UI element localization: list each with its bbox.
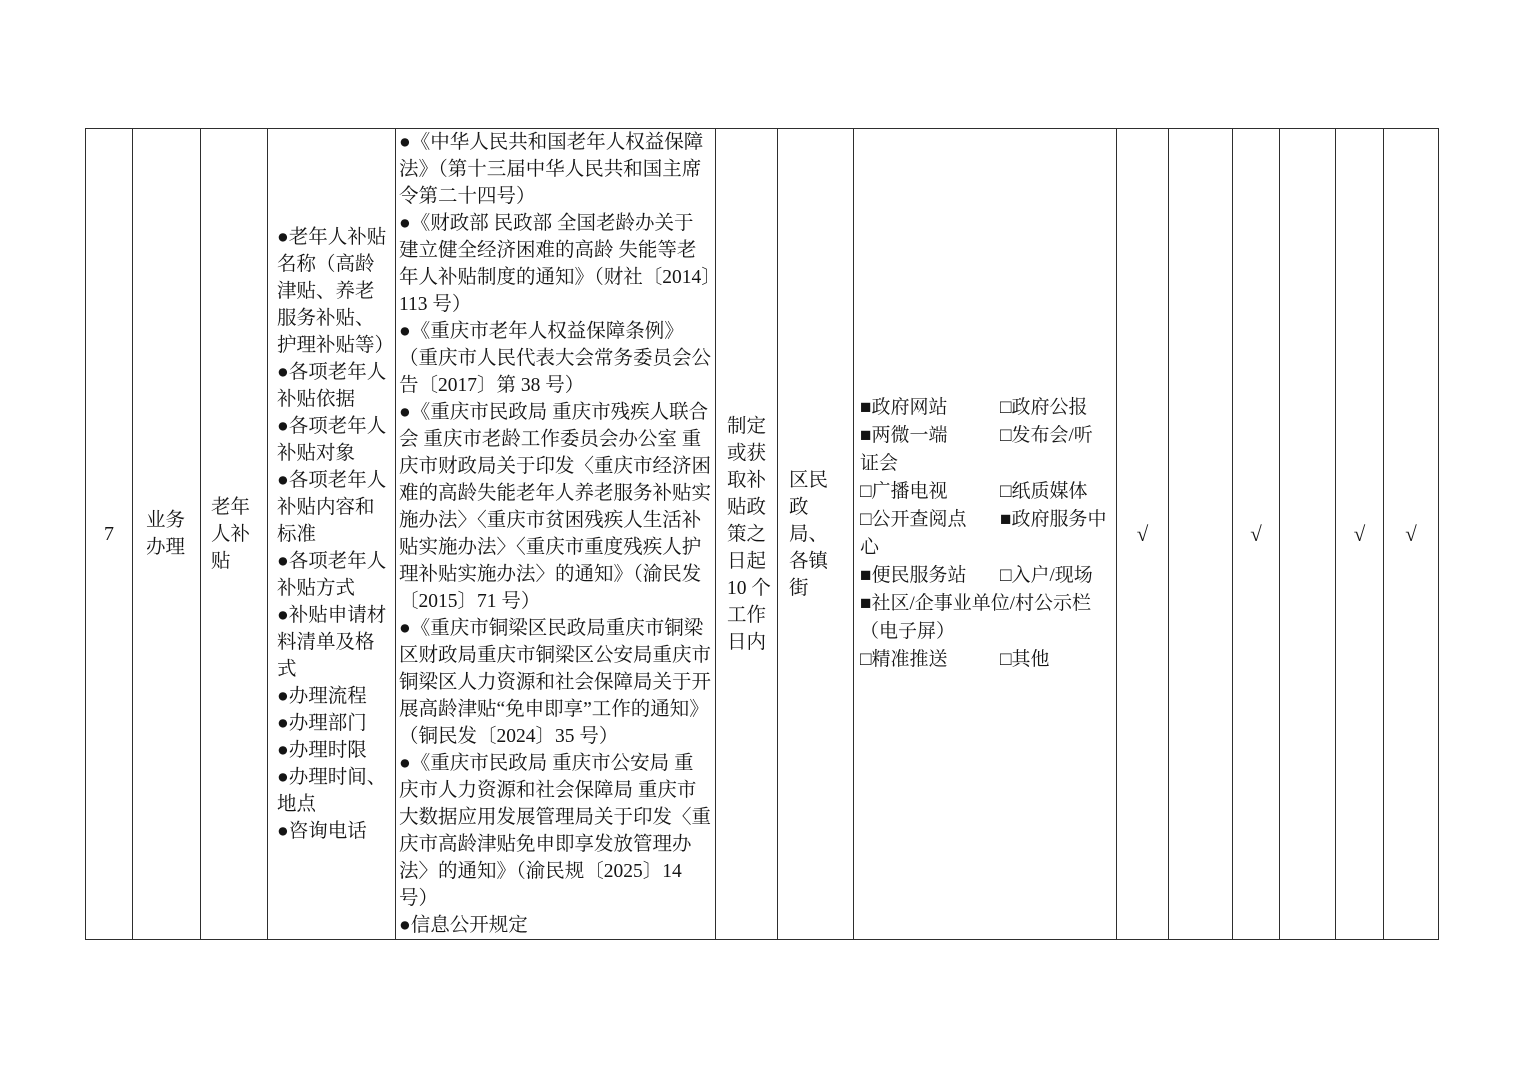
table-row: 7 业务办理 老年人补贴 ●老年人补贴名称（高龄津贴、养老服务补贴、护理补贴等）…: [86, 129, 1439, 940]
channel-precise-push: □精准推送: [860, 646, 1000, 674]
channel-line: ■两微一端□发布会/听证会: [860, 422, 1111, 478]
cell-legal-basis: ●《中华人民共和国老年人权益保障法》（第十三届中华人民共和国主席令第二十四号） …: [396, 129, 716, 940]
channel-line: ■政府网站□政府公报: [860, 394, 1111, 422]
disclosure-table: 7 业务办理 老年人补贴 ●老年人补贴名称（高龄津贴、养老服务补贴、护理补贴等）…: [85, 128, 1439, 940]
content-bullet-item: ●办理流程: [277, 683, 390, 710]
content-bullet-item: ●补贴申请材料清单及格式: [277, 602, 390, 683]
checkbox-checked-icon: ■: [860, 565, 871, 586]
legal-basis-item: ●《财政部 民政部 全国老龄办关于建立健全经济困难的高龄 失能等老年人补贴制度的…: [399, 210, 711, 318]
channel-convenience-service-station: ■便民服务站: [860, 562, 1000, 590]
checkbox-unchecked-icon: □: [1000, 397, 1011, 418]
content-bullet-item: ●办理部门: [277, 710, 390, 737]
legal-basis-item: ●《重庆市民政局 重庆市残疾人联合会 重庆市老龄工作委员会办公室 重庆市财政局关…: [399, 399, 711, 615]
channel-label: 社区/企事业单位/村公示栏（电子屏）: [860, 593, 1091, 642]
checkbox-unchecked-icon: □: [860, 481, 871, 502]
cell-responsible-unit: 区民政局、各镇街: [778, 129, 854, 940]
cell-mark-6: √: [1384, 129, 1439, 940]
cell-disclosure-content: ●老年人补贴名称（高龄津贴、养老服务补贴、护理补贴等） ●各项老年人补贴依据 ●…: [268, 129, 396, 940]
checkbox-unchecked-icon: □: [1000, 565, 1011, 586]
channel-other: □其他: [1000, 649, 1050, 670]
cell-time-limit: 制定或获取补贴政策之日起10 个工作日内: [716, 129, 778, 940]
channel-label: 其他: [1011, 649, 1049, 670]
checkbox-unchecked-icon: □: [1000, 481, 1011, 502]
legal-basis-item: ●《中华人民共和国老年人权益保障法》（第十三届中华人民共和国主席令第二十四号）: [399, 129, 711, 210]
content-bullet-item: ●咨询电话: [277, 818, 390, 845]
legal-basis-item: ●《重庆市民政局 重庆市公安局 重庆市人力资源和社会保障局 重庆市大数据应用发展…: [399, 750, 711, 912]
channel-govt-gazette: □政府公报: [1000, 397, 1088, 418]
channel-label: 精准推送: [871, 649, 947, 670]
channel-label: 纸质媒体: [1011, 481, 1087, 502]
checkbox-unchecked-icon: □: [1000, 649, 1011, 670]
channel-label: 便民服务站: [871, 565, 966, 586]
cell-mark-2: [1169, 129, 1233, 940]
checkbox-checked-icon: ■: [860, 593, 871, 614]
content-bullet-item: ●老年人补贴名称（高龄津贴、养老服务补贴、护理补贴等）: [277, 224, 390, 359]
legal-basis-item: ●《重庆市铜梁区民政局重庆市铜梁区财政局重庆市铜梁区公安局重庆市铜梁区人力资源和…: [399, 615, 711, 750]
checkbox-checked-icon: ■: [860, 425, 871, 446]
channel-label: 政府公报: [1011, 397, 1087, 418]
legal-basis-item: ●信息公开规定: [399, 912, 711, 939]
content-bullet-item: ●各项老年人补贴内容和标准: [277, 467, 390, 548]
channel-label: 入户/现场: [1011, 565, 1092, 586]
checkbox-checked-icon: ■: [860, 397, 871, 418]
channel-weibo-wechat-app: ■两微一端: [860, 422, 1000, 450]
content-bullet-item: ●办理时限: [277, 737, 390, 764]
channel-community-bulletin-board: ■社区/企事业单位/村公示栏（电子屏）: [860, 593, 1091, 642]
channel-line: ■社区/企事业单位/村公示栏（电子屏）: [860, 590, 1111, 646]
document-page: 7 业务办理 老年人补贴 ●老年人补贴名称（高龄津贴、养老服务补贴、护理补贴等）…: [0, 0, 1520, 1074]
channel-line: □公开查阅点■政府服务中心: [860, 506, 1111, 562]
content-bullet-item: ●办理时间、地点: [277, 764, 390, 818]
channel-label: 政府网站: [871, 397, 947, 418]
checkbox-checked-icon: ■: [1000, 509, 1011, 530]
cell-item-name: 老年人补贴: [201, 129, 268, 940]
content-bullet-item: ●各项老年人补贴依据: [277, 359, 390, 413]
content-bullet-item: ●各项老年人补贴对象: [277, 413, 390, 467]
channel-label: 两微一端: [871, 425, 947, 446]
channel-public-reading-point: □公开查阅点: [860, 506, 1000, 534]
channel-label: 广播电视: [871, 481, 947, 502]
cell-mark-5: √: [1336, 129, 1384, 940]
channel-line: □广播电视□纸质媒体: [860, 478, 1111, 506]
channel-door-to-door-onsite: □入户/现场: [1000, 565, 1093, 586]
cell-mark-3: √: [1233, 129, 1280, 940]
checkbox-unchecked-icon: □: [860, 649, 871, 670]
cell-mark-4: [1280, 129, 1336, 940]
channel-line: ■便民服务站□入户/现场: [860, 562, 1111, 590]
channel-line: □精准推送□其他: [860, 646, 1111, 674]
checkbox-unchecked-icon: □: [1000, 425, 1011, 446]
channel-radio-tv: □广播电视: [860, 478, 1000, 506]
legal-basis-item: ●《重庆市老年人权益保障条例》（重庆市人民代表大会常务委员会公告〔2017〕第 …: [399, 318, 711, 399]
channel-label: 公开查阅点: [871, 509, 966, 530]
content-bullet-item: ●各项老年人补贴方式: [277, 548, 390, 602]
cell-disclosure-channels: ■政府网站□政府公报 ■两微一端□发布会/听证会 □广播电视□纸质媒体 □公开查…: [854, 129, 1117, 940]
checkbox-unchecked-icon: □: [860, 509, 871, 530]
channel-govt-website: ■政府网站: [860, 394, 1000, 422]
channel-paper-media: □纸质媒体: [1000, 481, 1088, 502]
cell-mark-1: √: [1117, 129, 1169, 940]
cell-business-type: 业务办理: [133, 129, 201, 940]
cell-sequence-number: 7: [86, 129, 133, 940]
